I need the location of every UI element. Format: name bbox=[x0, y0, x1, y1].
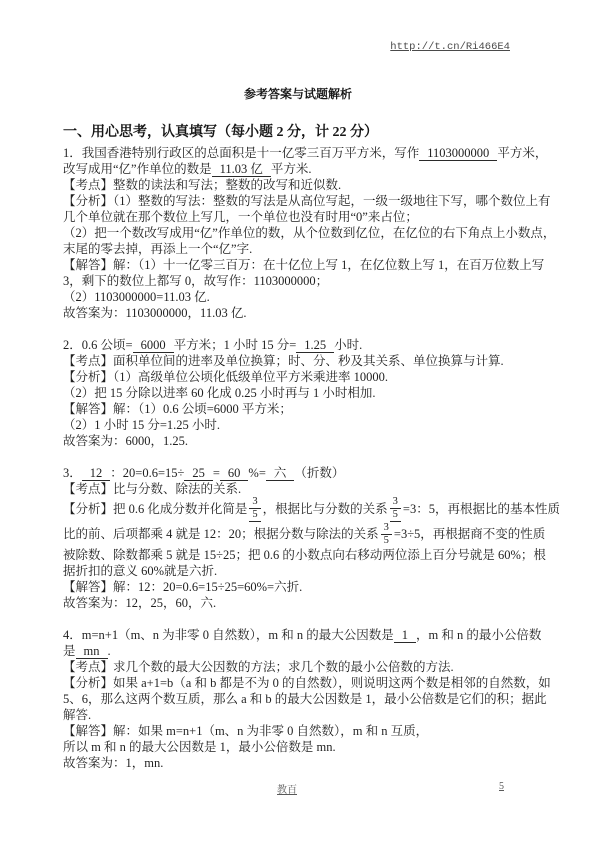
text-run: 几个单位就在那个数位上写几，一个单位也没有时用“0”来占位； bbox=[63, 210, 418, 224]
answer-blank: 12 bbox=[82, 466, 111, 481]
text-line: 【考点】面积单位间的进率及单位换算；时、分、秒及其关系、单位换算与计算. bbox=[63, 353, 540, 369]
text-line: （2）1103000000=11.03 亿. bbox=[63, 289, 540, 305]
text-line: 故答案为：6000，1.25. bbox=[63, 433, 540, 449]
text-run: 【考点】求几个数的最大公因数的方法；求几个数的最小公倍数的方法. bbox=[63, 660, 454, 674]
text-line: 【分析】（1）高级单位公顷化低级单位平方米乘进率 10000. bbox=[63, 369, 540, 385]
text-line: 【解答】解：（1）十一亿零三百万：在十亿位上写 1，在亿位数上写 1，在百万位数… bbox=[63, 257, 540, 273]
text-run: 改写成用“亿”作单位的数是 bbox=[63, 162, 212, 176]
text-line: 【解答】解：12：20=0.6=15÷25=60%=六折. bbox=[63, 579, 540, 595]
text-run: 平方米， bbox=[497, 146, 547, 160]
answer-blank: 60 bbox=[220, 466, 249, 481]
text-run: 【分析】（1）高级单位公顷化低级单位平方米乘进率 10000. bbox=[63, 370, 388, 384]
text-line: 故答案为：1，mn. bbox=[63, 755, 540, 771]
text-line: 改写成用“亿”作单位的数是11.03 亿平方米. bbox=[63, 161, 540, 177]
text-run: 【考点】面积单位间的进率及单位换算；时、分、秒及其关系、单位换算与计算. bbox=[63, 354, 504, 368]
text-run: . bbox=[108, 644, 111, 658]
text-run: =3：5，再根据比的基本性质 bbox=[403, 502, 560, 516]
text-run: %= bbox=[248, 466, 265, 480]
text-line: （2）1 小时 15 分=1.25 小时. bbox=[63, 417, 540, 433]
text-line: 2．0.6 公顷=6000平方米；1 小时 15 分=1.25小时. bbox=[63, 337, 540, 353]
page-number[interactable]: 5 bbox=[499, 781, 504, 792]
text-run: 所以 m 和 n 的最大公因数是 1，最小公倍数是 mn. bbox=[63, 740, 336, 754]
text-run: ：20=0.6=15÷ bbox=[110, 466, 184, 480]
text-line: 故答案为：1103000000，11.03 亿. bbox=[63, 305, 540, 321]
fraction-numerator: 3 bbox=[390, 496, 401, 509]
text-line: 【分析】把 0.6 化成分数并化简是35，根据比与分数的关系35=3：5，再根据… bbox=[63, 497, 540, 523]
text-run: 【解答】解：（1）0.6 公顷=6000 平方米； bbox=[63, 402, 292, 416]
fraction-denominator: 5 bbox=[381, 535, 392, 546]
question-1: 1．我国香港特别行政区的总面积是十一亿零三百万平方米，写作1103000000平… bbox=[63, 145, 540, 321]
text-line: 解答. bbox=[63, 707, 540, 723]
answer-blank: 6000 bbox=[133, 338, 174, 353]
text-line: 故答案为：12，25，60，六. bbox=[63, 595, 540, 611]
section-heading: 一、用心思考，认真填写（每小题 2 分，计 22 分） bbox=[63, 121, 596, 141]
text-run: ，m 和 n 的最小公倍数 bbox=[416, 628, 541, 642]
text-line: 5、6，那么这两个数互质，那么 a 和 b 的最大公因数是 1，最小公倍数是它们… bbox=[63, 691, 540, 707]
text-line: 所以 m 和 n 的最大公因数是 1，最小公倍数是 mn. bbox=[63, 739, 540, 755]
text-line: 3，剩下的数位上都写 0，故写作：1103000000； bbox=[63, 273, 540, 289]
fraction: 35 bbox=[390, 496, 401, 522]
fraction-denominator: 5 bbox=[390, 509, 401, 522]
answer-blank: 六 bbox=[266, 466, 295, 481]
text-run: （折数） bbox=[294, 466, 344, 480]
text-run: 3． bbox=[63, 466, 82, 480]
text-run: （2）把一个数改写成用“亿”作单位的数，从个位数到亿位，在亿位的右下角点上小数点… bbox=[63, 226, 555, 240]
text-run: 末尾的零去掉，再添上一个“亿”字. bbox=[63, 242, 252, 256]
text-run: 解答. bbox=[63, 708, 91, 722]
text-line: 末尾的零去掉，再添上一个“亿”字. bbox=[63, 241, 540, 257]
question-3: 3．12：20=0.6=15÷25=60%=六（折数）【考点】比与分数、除法的关… bbox=[63, 465, 540, 611]
text-line: 【分析】（1）整数的写法：整数的写法是从高位写起，一级一级地往下写，哪个数位上有 bbox=[63, 193, 540, 209]
text-run: 【解答】解：如果 m=n+1（m、n 为非零 0 自然数），m 和 n 互质， bbox=[63, 724, 428, 738]
text-line: 据折扣的意义 60%就是六折. bbox=[63, 563, 540, 579]
question-2: 2．0.6 公顷=6000平方米；1 小时 15 分=1.25小时.【考点】面积… bbox=[63, 337, 540, 449]
text-run: ，根据比与分数的关系 bbox=[263, 502, 388, 516]
text-run: 小时. bbox=[334, 338, 362, 352]
text-run: 1．我国香港特别行政区的总面积是十一亿零三百万平方米，写作 bbox=[63, 146, 419, 160]
text-line: 【考点】整数的读法和写法；整数的改写和近似数. bbox=[63, 177, 540, 193]
text-run: （2）1103000000=11.03 亿. bbox=[63, 290, 210, 304]
fraction-numerator: 3 bbox=[249, 496, 260, 509]
text-run: 据折扣的意义 60%就是六折. bbox=[63, 564, 217, 578]
fraction-numerator: 3 bbox=[381, 522, 392, 535]
text-run: 故答案为：1，mn. bbox=[63, 756, 163, 770]
text-line: 被除数、除数都乘 5 就是 15÷25；把 0.6 的小数点向右移动两位添上百分… bbox=[63, 547, 540, 563]
text-run: 【分析】把 0.6 化成分数并化简是 bbox=[63, 502, 247, 516]
text-run: =3÷5，再根据商不变的性质 bbox=[394, 527, 545, 541]
text-line: 比的前、后项都乘 4 就是 12：20；根据分数与除法的关系35=3÷5，再根据… bbox=[63, 523, 540, 547]
text-run: 【解答】解：12：20=0.6=15÷25=60%=六折. bbox=[63, 580, 302, 594]
answer-blank: 1.25 bbox=[296, 338, 334, 353]
text-line: 【考点】比与分数、除法的关系. bbox=[63, 481, 540, 497]
document-body: 1．我国香港特别行政区的总面积是十一亿零三百万平方米，写作1103000000平… bbox=[63, 145, 540, 771]
answer-blank: 1 bbox=[394, 628, 416, 643]
text-run: 【分析】（1）整数的写法：整数的写法是从高位写起，一级一级地往下写，哪个数位上有 bbox=[63, 194, 551, 208]
footer-link[interactable]: 教百 bbox=[277, 781, 297, 796]
text-run: 故答案为：1103000000，11.03 亿. bbox=[63, 306, 246, 320]
text-run: 平方米. bbox=[271, 162, 312, 176]
answer-blank: 25 bbox=[184, 466, 213, 481]
text-run: 4．m=n+1（m、n 为非零 0 自然数），m 和 n 的最大公因数是 bbox=[63, 628, 394, 642]
text-line: 【考点】求几个数的最大公因数的方法；求几个数的最小公倍数的方法. bbox=[63, 659, 540, 675]
text-line: 【分析】如果 a+1=b（a 和 b 都是不为 0 的自然数），则说明这两个数是… bbox=[63, 675, 540, 691]
answer-sheet-page: http://t.cn/Ri466E4 参考答案与试题解析 一、用心思考，认真填… bbox=[0, 0, 596, 771]
text-run: 是 bbox=[63, 644, 76, 658]
text-line: （2）把一个数改写成用“亿”作单位的数，从个位数到亿位，在亿位的右下角点上小数点… bbox=[63, 225, 540, 241]
text-line: 【解答】解：（1）0.6 公顷=6000 平方米； bbox=[63, 401, 540, 417]
fraction-denominator: 5 bbox=[249, 509, 260, 522]
fraction: 35 bbox=[381, 522, 392, 546]
text-line: 1．我国香港特别行政区的总面积是十一亿零三百万平方米，写作1103000000平… bbox=[63, 145, 540, 161]
text-run: 5、6，那么这两个数互质，那么 a 和 b 的最大公因数是 1，最小公倍数是它们… bbox=[63, 692, 547, 706]
text-run: 【分析】如果 a+1=b（a 和 b 都是不为 0 的自然数），则说明这两个数是… bbox=[63, 676, 551, 690]
text-line: 【解答】解：如果 m=n+1（m、n 为非零 0 自然数），m 和 n 互质， bbox=[63, 723, 540, 739]
text-run: 【考点】比与分数、除法的关系. bbox=[63, 482, 241, 496]
header-url-link[interactable]: http://t.cn/Ri466E4 bbox=[390, 41, 510, 53]
text-line: 4．m=n+1（m、n 为非零 0 自然数），m 和 n 的最大公因数是1，m … bbox=[63, 627, 540, 643]
text-line: 3．12：20=0.6=15÷25=60%=六（折数） bbox=[63, 465, 540, 481]
text-run: 比的前、后项都乘 4 就是 12：20；根据分数与除法的关系 bbox=[63, 527, 379, 541]
fraction: 35 bbox=[249, 496, 260, 522]
text-run: 【解答】解：（1）十一亿零三百万：在十亿位上写 1，在亿位数上写 1，在百万位数… bbox=[63, 258, 544, 272]
text-run: 平方米；1 小时 15 分= bbox=[174, 338, 297, 352]
answer-blank: mn bbox=[76, 644, 108, 659]
text-line: 是mn. bbox=[63, 643, 540, 659]
question-4: 4．m=n+1（m、n 为非零 0 自然数），m 和 n 的最大公因数是1，m … bbox=[63, 627, 540, 771]
text-run: 故答案为：12，25，60，六. bbox=[63, 596, 216, 610]
text-run: 故答案为：6000，1.25. bbox=[63, 434, 188, 448]
text-run: （2）把 15 分除以进率 60 化成 0.25 小时再与 1 小时相加. bbox=[63, 386, 376, 400]
text-line: （2）把 15 分除以进率 60 化成 0.25 小时再与 1 小时相加. bbox=[63, 385, 540, 401]
answer-blank: 1103000000 bbox=[419, 146, 497, 161]
text-run: 【考点】整数的读法和写法；整数的改写和近似数. bbox=[63, 178, 341, 192]
text-run: 2．0.6 公顷= bbox=[63, 338, 133, 352]
text-run: （2）1 小时 15 分=1.25 小时. bbox=[63, 418, 220, 432]
text-run: = bbox=[213, 466, 220, 480]
answer-blank: 11.03 亿 bbox=[212, 162, 271, 177]
text-run: 被除数、除数都乘 5 就是 15÷25；把 0.6 的小数点向右移动两位添上百分… bbox=[63, 548, 546, 562]
text-run: 3，剩下的数位上都写 0，故写作：1103000000； bbox=[63, 274, 328, 288]
text-line: 几个单位就在那个数位上写几，一个单位也没有时用“0”来占位； bbox=[63, 209, 540, 225]
